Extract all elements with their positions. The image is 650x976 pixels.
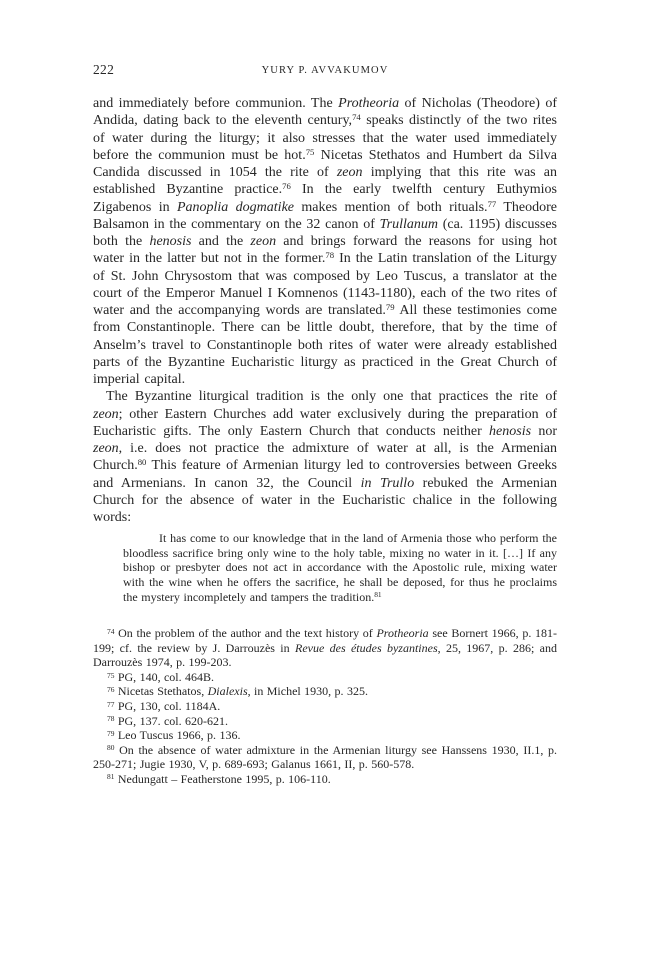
footnote-80: 80 On the absence of water admixture in …	[93, 743, 557, 772]
footnote-number: 80	[107, 743, 114, 752]
page-number: 222	[93, 63, 114, 77]
body-paragraph-2: The Byzantine liturgical tradition is th…	[93, 388, 557, 526]
body-paragraph-1: and immediately before communion. The Pr…	[93, 95, 557, 388]
footnote-77: 77 PG, 130, col. 1184A.	[93, 699, 557, 714]
footnote-number: 77	[107, 700, 114, 709]
running-head: YURY P. AVVAKUMOV	[93, 63, 557, 78]
footnote-81: 81 Nedungatt – Featherstone 1995, p. 106…	[93, 772, 557, 787]
footnote-75: 75 PG, 140, col. 464B.	[93, 670, 557, 685]
footnote-76: 76 Nicetas Stethatos, Dialexis, in Miche…	[93, 684, 557, 699]
article-body: and immediately before communion. The Pr…	[93, 95, 557, 786]
footnotes-section: 74 On the problem of the author and the …	[93, 626, 557, 786]
footnote-number: 78	[107, 714, 114, 723]
footnote-number: 79	[107, 729, 114, 738]
footnote-74: 74 On the problem of the author and the …	[93, 626, 557, 670]
footnote-number: 76	[107, 685, 114, 694]
footnote-number: 81	[107, 772, 114, 781]
footnote-79: 79 Leo Tuscus 1966, p. 136.	[93, 728, 557, 743]
footnote-78: 78 PG, 137. col. 620-621.	[93, 714, 557, 729]
journal-page: 222 YURY P. AVVAKUMOV and immediately be…	[0, 0, 650, 976]
block-quote: It has come to our knowledge that in the…	[123, 531, 557, 604]
footnote-number: 75	[107, 671, 114, 680]
page-header: 222 YURY P. AVVAKUMOV	[93, 63, 557, 79]
footnote-number: 74	[107, 627, 114, 636]
